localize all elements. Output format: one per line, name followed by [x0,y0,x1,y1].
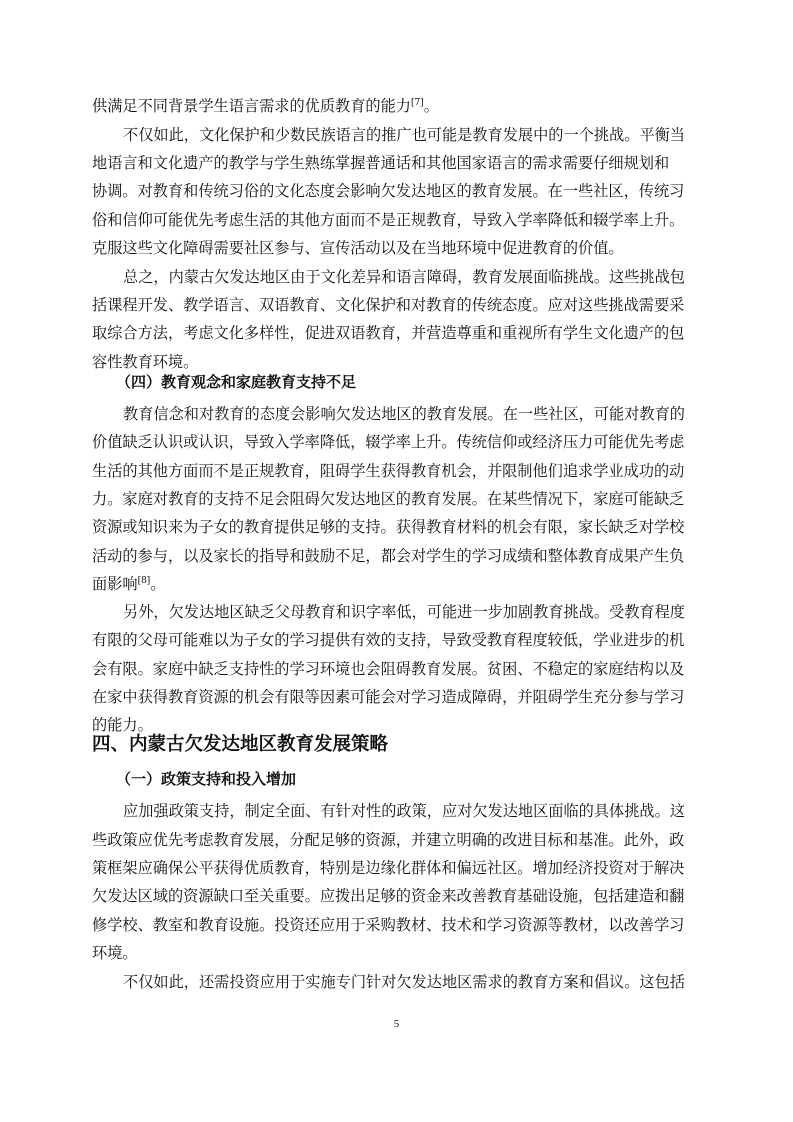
text-line: 另外，欠发达地区缺乏父母教育和识字率低，可能进一步加剧教育挑战。受教育程度 [92,598,708,626]
line-tail: 。 [424,97,439,115]
text-line: 括课程开发、教学语言、双语教育、文化保护和对教育的传统态度。应对这些挑战需要采 [92,291,708,319]
text-line: 不仅如此，文化保护和少数民族语言的推广也可能是教育发展中的一个挑战。平衡当 [92,121,708,149]
text-line: 总之，内蒙古欠发达地区由于文化差异和语言障碍，教育发展面临挑战。这些挑战包 [92,263,708,291]
line-text: 总之，内蒙古欠发达地区由于文化差异和语言障碍，教育发展面临挑战。这些挑战包 [123,268,685,286]
text-line: 地语言和文化遗产的教学与学生熟练掌握普通话和其他国家语言的需求需要仔细规划和 [92,149,708,177]
line-text: 策框架应确保公平获得优质教育，特别是边缘化群体和偏远社区。增加经济投资对于解决 [92,859,684,877]
line-text: 俗和信仰可能优先考虑生活的其他方面而不是正规教育，导致入学率降低和辍学率上升。 [92,211,684,229]
text-line: 力。家庭对教育的支持不足会阻碍欠发达地区的教育发展。在某些情况下，家庭可能缺乏 [92,485,708,513]
line-text: 括课程开发、教学语言、双语教育、文化保护和对教育的传统态度。应对这些挑战需要采 [92,296,684,314]
page-number: 5 [0,1018,793,1030]
line-text: 环境。 [92,944,138,962]
text-line: 取综合方法，考虑文化多样性，促进双语教育，并营造尊重和重视所有学生文化遗产的包 [92,319,708,347]
text-line: 俗和信仰可能优先考虑生活的其他方面而不是正规教育，导致入学率降低和辍学率上升。 [92,206,708,234]
text-line: 会有限。家庭中缺乏支持性的学习环境也会阻碍教育发展。贫困、不稳定的家庭结构以及 [92,655,708,683]
line-text: 有限的父母可能难以为子女的学习提供有效的支持，导致受教育程度较低，学业进步的机 [92,631,684,649]
line-text: 克服这些文化障碍需要社区参与、宣传活动以及在当地环境中促进教育的价值。 [92,239,624,257]
line-text: 不仅如此，还需投资应用于实施专门针对欠发达地区需求的教育方案和倡议。这包括 [123,973,685,991]
text-line: 供满足不同背景学生语言需求的优质教育的能力[7]。 [92,92,708,120]
line-text: 会有限。家庭中缺乏支持性的学习环境也会阻碍教育发展。贫困、不稳定的家庭结构以及 [92,660,684,678]
text-line: 协调。对教育和传统习俗的文化态度会影响欠发达地区的教育发展。在一些社区，传统习 [92,177,708,205]
text-line: 些政策应优先考虑教育发展，分配足够的资源，并建立明确的改进目标和基准。此外，政 [92,826,708,854]
text-line: 教育信念和对教育的态度会影响欠发达地区的教育发展。在一些社区，可能对教育的 [92,400,708,428]
text-line: 活动的参与，以及家长的指导和鼓励不足，都会对学生的学习成绩和整体教育成果产生负 [92,542,708,570]
text-line: 策框架应确保公平获得优质教育，特别是边缘化群体和偏远社区。增加经济投资对于解决 [92,854,708,882]
text-line: 不仅如此，还需投资应用于实施专门针对欠发达地区需求的教育方案和倡议。这包括 [92,968,708,996]
subsection-heading: （四）教育观念和家庭教育支持不足 [116,368,356,396]
line-text: 不仅如此，文化保护和少数民族语言的推广也可能是教育发展中的一个挑战。平衡当 [123,126,685,144]
text-line: 克服这些文化障碍需要社区参与、宣传活动以及在当地环境中促进教育的价值。 [92,234,708,262]
line-text: 应加强政策支持，制定全面、有针对性的政策，应对欠发达地区面临的具体挑战。这 [123,802,685,820]
text-line: 应加强政策支持，制定全面、有针对性的政策，应对欠发达地区面临的具体挑战。这 [92,797,708,825]
line-text: 取综合方法，考虑文化多样性，促进双语教育，并营造尊重和重视所有学生文化遗产的包 [92,324,684,342]
citation-ref: [7] [411,98,424,108]
line-text: 面影响 [92,575,138,593]
line-text: 力。家庭对教育的支持不足会阻碍欠发达地区的教育发展。在某些情况下，家庭可能缺乏 [92,490,684,508]
text-line: 修学校、教室和教育设施。投资还应用于采购教材、技术和学习资源等教材，以改善学习 [92,911,708,939]
line-text: 地语言和文化遗产的教学与学生熟练掌握普通话和其他国家语言的需求需要仔细规划和 [92,154,669,172]
text-line: 生活的其他方面而不是正规教育，阻碍学生获得教育机会，并限制他们追求学业成功的动 [92,457,708,485]
text-line: 资源或知识来为子女的教育提供足够的支持。获得教育材料的机会有限，家长缺乏对学校 [92,513,708,541]
line-text: 在家中获得教育资源的机会有限等因素可能会对学习造成障碍，并阻碍学生充分参与学习 [92,688,684,706]
text-line: 在家中获得教育资源的机会有限等因素可能会对学习造成障碍，并阻碍学生充分参与学习 [92,683,708,711]
text-line: 面影响[8]。 [92,570,708,598]
line-text: 协调。对教育和传统习俗的文化态度会影响欠发达地区的教育发展。在一些社区，传统习 [92,182,684,200]
text-line: 有限的父母可能难以为子女的学习提供有效的支持，导致受教育程度较低，学业进步的机 [92,626,708,654]
line-text: 教育信念和对教育的态度会影响欠发达地区的教育发展。在一些社区，可能对教育的 [123,405,685,423]
line-tail: 。 [150,575,165,593]
line-text: 另外，欠发达地区缺乏父母教育和识字率低，可能进一步加剧教育挑战。受教育程度 [123,603,685,621]
text-line: 环境。 [92,939,708,967]
line-text: 资源或知识来为子女的教育提供足够的支持。获得教育材料的机会有限，家长缺乏对学校 [92,518,684,536]
line-text: 些政策应优先考虑教育发展，分配足够的资源，并建立明确的改进目标和基准。此外，政 [92,831,684,849]
line-text: 价值缺乏认识或认识，导致入学率降低，辍学率上升。传统信仰或经济压力可能优先考虑 [92,433,684,451]
line-text: 生活的其他方面而不是正规教育，阻碍学生获得教育机会，并限制他们追求学业成功的动 [92,462,684,480]
subsection-heading: （一）政策支持和投入增加 [116,765,296,793]
citation-ref: [8] [138,576,151,586]
line-text: 修学校、教室和教育设施。投资还应用于采购教材、技术和学习资源等教材，以改善学习 [92,916,684,934]
line-text: 活动的参与，以及家长的指导和鼓励不足，都会对学生的学习成绩和整体教育成果产生负 [92,547,684,565]
line-text: 欠发达区域的资源缺口至关重要。应拨出足够的资金来改善教育基础设施，包括建造和翻 [92,887,684,905]
text-line: 价值缺乏认识或认识，导致入学率降低，辍学率上升。传统信仰或经济压力可能优先考虑 [92,428,708,456]
section-heading: 四、内蒙古欠发达地区教育发展策略 [92,731,388,759]
text-line: 欠发达区域的资源缺口至关重要。应拨出足够的资金来改善教育基础设施，包括建造和翻 [92,882,708,910]
line-text: 供满足不同背景学生语言需求的优质教育的能力 [92,97,411,115]
